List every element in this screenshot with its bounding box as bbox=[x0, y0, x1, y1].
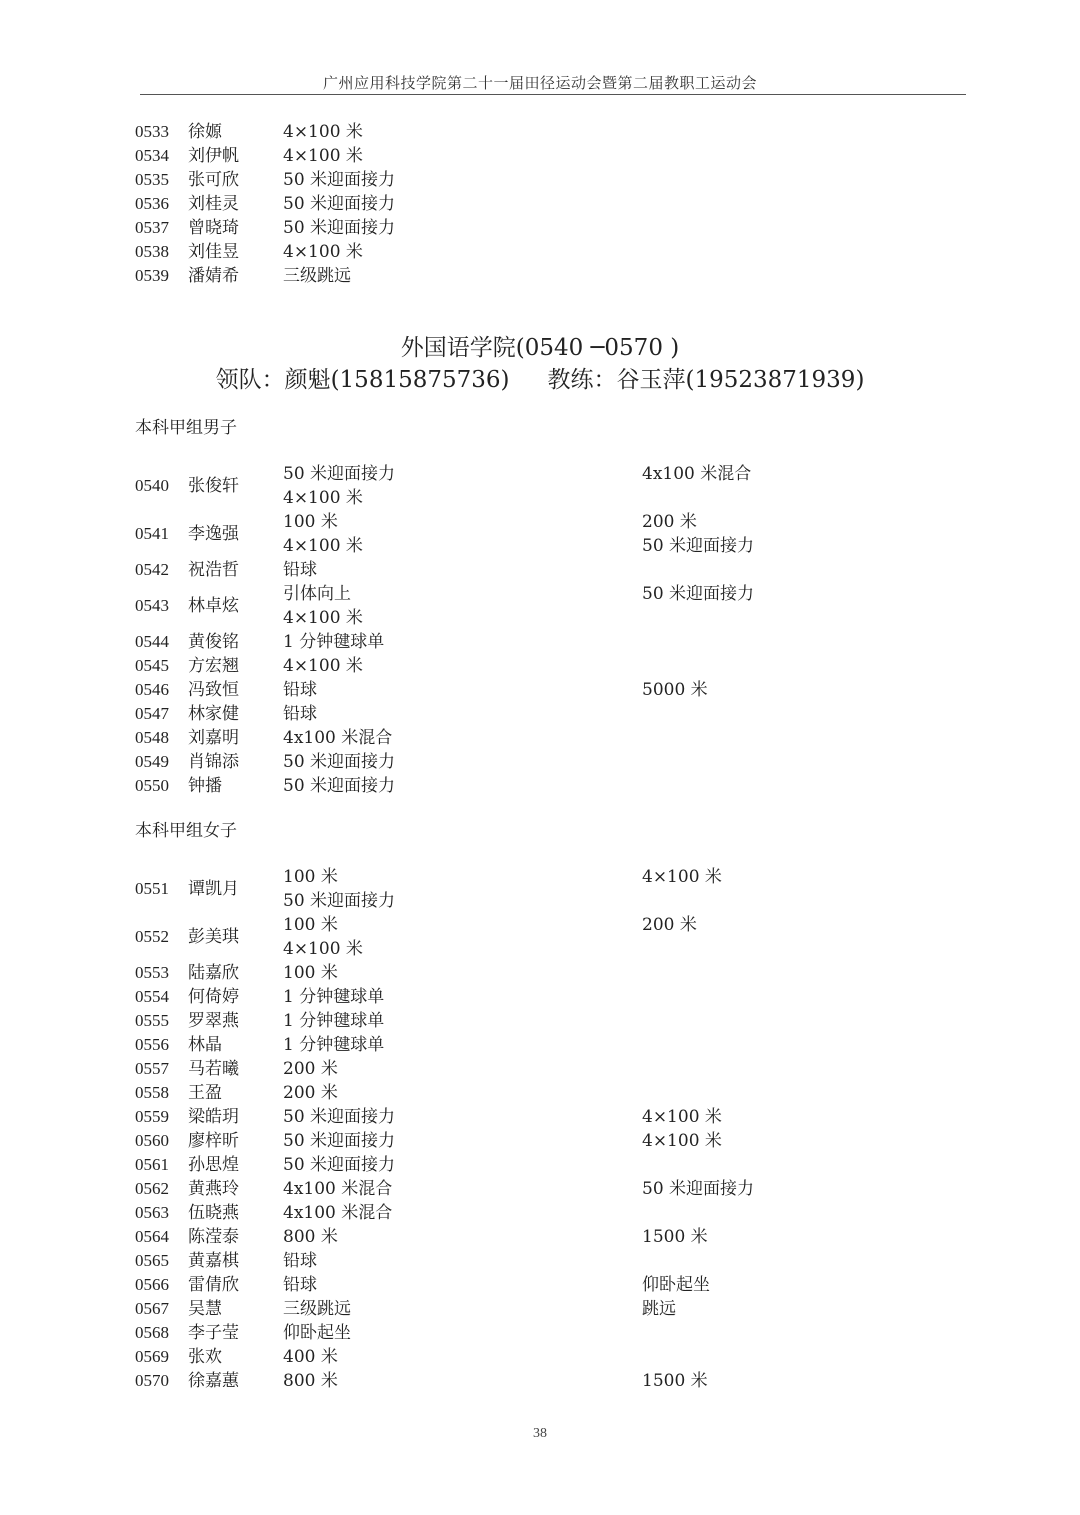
event-entry: 100 米 bbox=[283, 913, 338, 937]
athlete-number: 0559 bbox=[135, 1105, 169, 1129]
table-row: 0553陆嘉欣100 米 bbox=[0, 961, 1080, 985]
event-entry: 50 米迎面接力 bbox=[283, 462, 395, 486]
event-entry: 50 米迎面接力 bbox=[283, 1153, 395, 1177]
table-row: 0570徐嘉蕙800 米1500 米 bbox=[0, 1369, 1080, 1393]
athlete-number: 0538 bbox=[135, 240, 169, 264]
athlete-name: 刘桂灵 bbox=[188, 192, 239, 216]
athlete-name: 林晶 bbox=[188, 1033, 222, 1057]
table-row: 0541李逸强100 米4×100 米200 米50 米迎面接力 bbox=[0, 510, 1080, 558]
event-entry: 50 米迎面接力 bbox=[283, 774, 395, 798]
event-entry: 400 米 bbox=[283, 1345, 338, 1369]
event-entry: 1 分钟毽球单 bbox=[283, 985, 384, 1009]
athlete-number: 0536 bbox=[135, 192, 169, 216]
athlete-name: 彭美琪 bbox=[188, 925, 239, 949]
athlete-number: 0561 bbox=[135, 1153, 169, 1177]
athlete-name: 梁皓玥 bbox=[188, 1105, 239, 1129]
athlete-name: 罗翠燕 bbox=[188, 1009, 239, 1033]
event-entry-secondary: 50 米迎面接力 bbox=[642, 534, 754, 558]
athlete-name: 廖梓昕 bbox=[188, 1129, 239, 1153]
athlete-number: 0551 bbox=[135, 877, 169, 901]
event-entry: 4×100 米 bbox=[283, 937, 363, 961]
athlete-number: 0555 bbox=[135, 1009, 169, 1033]
table-row: 0544黄俊铭1 分钟毽球单 bbox=[0, 630, 1080, 654]
athlete-number: 0568 bbox=[135, 1321, 169, 1345]
event-entry-secondary: 跳远 bbox=[642, 1297, 676, 1321]
athlete-name: 钟播 bbox=[188, 774, 222, 798]
event-entry: 三级跳远 bbox=[283, 264, 351, 288]
group-label-men: 本科甲组男子 bbox=[135, 416, 237, 440]
header-divider bbox=[140, 94, 966, 95]
table-row: 0549肖锦添50 米迎面接力 bbox=[0, 750, 1080, 774]
leader-info: 领队：颜魁(15815875736) bbox=[216, 367, 510, 393]
table-row: 0563伍晓燕4x100 米混合 bbox=[0, 1201, 1080, 1225]
event-entry-secondary: 4x100 米混合 bbox=[642, 462, 751, 486]
athlete-number: 0553 bbox=[135, 961, 169, 985]
athlete-name: 张俊轩 bbox=[188, 474, 239, 498]
athlete-name: 黄燕玲 bbox=[188, 1177, 239, 1201]
event-entry: 仰卧起坐 bbox=[283, 1321, 351, 1345]
event-entry: 4×100 米 bbox=[283, 534, 363, 558]
event-entry: 800 米 bbox=[283, 1369, 338, 1393]
athlete-name: 马若曦 bbox=[188, 1057, 239, 1081]
athlete-number: 0563 bbox=[135, 1201, 169, 1225]
athlete-name: 吴慧 bbox=[188, 1297, 222, 1321]
table-row: 0540张俊轩50 米迎面接力4×100 米4x100 米混合 bbox=[0, 462, 1080, 510]
athlete-name: 孙思煌 bbox=[188, 1153, 239, 1177]
event-entry-secondary: 200 米 bbox=[642, 510, 697, 534]
event-entry-secondary: 4×100 米 bbox=[642, 1129, 722, 1153]
athlete-number: 0543 bbox=[135, 594, 169, 618]
athlete-number: 0533 bbox=[135, 120, 169, 144]
event-entry-secondary: 1500 米 bbox=[642, 1225, 708, 1249]
table-row: 0554何倚婷1 分钟毽球单 bbox=[0, 985, 1080, 1009]
table-row: 0560廖梓昕50 米迎面接力4×100 米 bbox=[0, 1129, 1080, 1153]
athlete-number: 0558 bbox=[135, 1081, 169, 1105]
table-row: 0534刘伊帆4×100 米 bbox=[0, 144, 1080, 168]
event-entry: 200 米 bbox=[283, 1081, 338, 1105]
event-entry-secondary: 50 米迎面接力 bbox=[642, 1177, 754, 1201]
event-entry: 800 米 bbox=[283, 1225, 338, 1249]
event-entry: 铅球 bbox=[283, 1273, 317, 1297]
athlete-number: 0557 bbox=[135, 1057, 169, 1081]
event-entry-secondary: 5000 米 bbox=[642, 678, 708, 702]
event-entry-secondary: 1500 米 bbox=[642, 1369, 708, 1393]
athlete-number: 0560 bbox=[135, 1129, 169, 1153]
table-row: 0562黄燕玲4x100 米混合50 米迎面接力 bbox=[0, 1177, 1080, 1201]
athlete-number: 0570 bbox=[135, 1369, 169, 1393]
athlete-name: 何倚婷 bbox=[188, 985, 239, 1009]
athlete-name: 陆嘉欣 bbox=[188, 961, 239, 985]
table-row: 0567吴慧三级跳远跳远 bbox=[0, 1297, 1080, 1321]
athlete-name: 张欢 bbox=[188, 1345, 222, 1369]
athlete-number: 0569 bbox=[135, 1345, 169, 1369]
event-entry: 100 米 bbox=[283, 961, 338, 985]
event-entry-secondary: 4×100 米 bbox=[642, 1105, 722, 1129]
event-entry: 4×100 米 bbox=[283, 240, 363, 264]
event-entry: 4x100 米混合 bbox=[283, 726, 392, 750]
athlete-number: 0552 bbox=[135, 925, 169, 949]
table-row: 0538刘佳昱4×100 米 bbox=[0, 240, 1080, 264]
table-row: 0550钟播50 米迎面接力 bbox=[0, 774, 1080, 798]
table-row: 0551谭凯月100 米50 米迎面接力4×100 米 bbox=[0, 865, 1080, 913]
event-entry: 50 米迎面接力 bbox=[283, 1129, 395, 1153]
table-row: 0545方宏翘4×100 米 bbox=[0, 654, 1080, 678]
event-entry-secondary: 200 米 bbox=[642, 913, 697, 937]
table-row: 0536刘桂灵50 米迎面接力 bbox=[0, 192, 1080, 216]
event-entry: 1 分钟毽球单 bbox=[283, 630, 384, 654]
athlete-number: 0548 bbox=[135, 726, 169, 750]
event-entry: 铅球 bbox=[283, 558, 317, 582]
table-row: 0558王盈200 米 bbox=[0, 1081, 1080, 1105]
table-row: 0568李子莹仰卧起坐 bbox=[0, 1321, 1080, 1345]
coach-info: 教练：谷玉萍(19523871939) bbox=[548, 367, 865, 393]
athlete-name: 徐嫄 bbox=[188, 120, 222, 144]
group-label-women: 本科甲组女子 bbox=[135, 819, 237, 843]
table-row: 0533徐嫄4×100 米 bbox=[0, 120, 1080, 144]
athlete-number: 0544 bbox=[135, 630, 169, 654]
athlete-number: 0554 bbox=[135, 985, 169, 1009]
athlete-name: 刘佳昱 bbox=[188, 240, 239, 264]
event-entry: 4×100 米 bbox=[283, 654, 363, 678]
athlete-number: 0540 bbox=[135, 474, 169, 498]
table-row: 0542祝浩哲铅球 bbox=[0, 558, 1080, 582]
athlete-name: 张可欣 bbox=[188, 168, 239, 192]
athlete-name: 陈滢泰 bbox=[188, 1225, 239, 1249]
athlete-name: 林卓炫 bbox=[188, 594, 239, 618]
table-row: 0543林卓炫引体向上4×100 米50 米迎面接力 bbox=[0, 582, 1080, 630]
event-entry: 铅球 bbox=[283, 702, 317, 726]
athlete-number: 0535 bbox=[135, 168, 169, 192]
athlete-name: 曾晓琦 bbox=[188, 216, 239, 240]
athlete-number: 0542 bbox=[135, 558, 169, 582]
athlete-name: 王盈 bbox=[188, 1081, 222, 1105]
athlete-name: 方宏翘 bbox=[188, 654, 239, 678]
event-entry: 4x100 米混合 bbox=[283, 1201, 392, 1225]
athlete-number: 0547 bbox=[135, 702, 169, 726]
table-row: 0535张可欣50 米迎面接力 bbox=[0, 168, 1080, 192]
athlete-name: 潘婧希 bbox=[188, 264, 239, 288]
athlete-name: 李子莹 bbox=[188, 1321, 239, 1345]
athlete-number: 0546 bbox=[135, 678, 169, 702]
athlete-name: 黄俊铭 bbox=[188, 630, 239, 654]
athlete-name: 冯致恒 bbox=[188, 678, 239, 702]
table-row: 0564陈滢泰800 米1500 米 bbox=[0, 1225, 1080, 1249]
page-number: 38 bbox=[0, 1426, 1080, 1442]
athlete-number: 0545 bbox=[135, 654, 169, 678]
event-entry-secondary: 50 米迎面接力 bbox=[642, 582, 754, 606]
athlete-name: 刘嘉明 bbox=[188, 726, 239, 750]
table-row: 0552彭美琪100 米4×100 米200 米 bbox=[0, 913, 1080, 961]
event-entry-secondary: 仰卧起坐 bbox=[642, 1273, 710, 1297]
event-entry: 1 分钟毽球单 bbox=[283, 1009, 384, 1033]
event-entry: 铅球 bbox=[283, 1249, 317, 1273]
athlete-name: 伍晓燕 bbox=[188, 1201, 239, 1225]
table-row: 0565黄嘉棋铅球 bbox=[0, 1249, 1080, 1273]
event-entry: 200 米 bbox=[283, 1057, 338, 1081]
athlete-name: 李逸强 bbox=[188, 522, 239, 546]
event-entry: 50 米迎面接力 bbox=[283, 889, 395, 913]
athlete-number: 0562 bbox=[135, 1177, 169, 1201]
athlete-number: 0549 bbox=[135, 750, 169, 774]
table-row: 0547林家健铅球 bbox=[0, 702, 1080, 726]
athlete-number: 0566 bbox=[135, 1273, 169, 1297]
section-title: 外国语学院(0540 ─0570 ) bbox=[0, 333, 1080, 363]
table-row: 0569张欢400 米 bbox=[0, 1345, 1080, 1369]
athlete-name: 刘伊帆 bbox=[188, 144, 239, 168]
event-entry: 4×100 米 bbox=[283, 120, 363, 144]
event-entry: 50 米迎面接力 bbox=[283, 750, 395, 774]
table-row: 0548刘嘉明4x100 米混合 bbox=[0, 726, 1080, 750]
athlete-number: 0541 bbox=[135, 522, 169, 546]
event-entry: 4×100 米 bbox=[283, 606, 363, 630]
table-row: 0561孙思煌50 米迎面接力 bbox=[0, 1153, 1080, 1177]
section-staff: 领队：颜魁(15815875736)教练：谷玉萍(19523871939) bbox=[0, 365, 1080, 395]
athlete-name: 林家健 bbox=[188, 702, 239, 726]
athlete-number: 0564 bbox=[135, 1225, 169, 1249]
table-row: 0539潘婧希三级跳远 bbox=[0, 264, 1080, 288]
event-entry: 50 米迎面接力 bbox=[283, 216, 395, 240]
event-entry: 引体向上 bbox=[283, 582, 351, 606]
athlete-name: 徐嘉蕙 bbox=[188, 1369, 239, 1393]
event-entry: 4×100 米 bbox=[283, 144, 363, 168]
event-entry: 100 米 bbox=[283, 865, 338, 889]
athlete-name: 黄嘉棋 bbox=[188, 1249, 239, 1273]
table-row: 0546冯致恒铅球5000 米 bbox=[0, 678, 1080, 702]
event-entry: 100 米 bbox=[283, 510, 338, 534]
event-entry: 三级跳远 bbox=[283, 1297, 351, 1321]
table-row: 0559梁皓玥50 米迎面接力4×100 米 bbox=[0, 1105, 1080, 1129]
athlete-name: 谭凯月 bbox=[188, 877, 239, 901]
event-entry: 50 米迎面接力 bbox=[283, 1105, 395, 1129]
athlete-name: 肖锦添 bbox=[188, 750, 239, 774]
event-entry: 铅球 bbox=[283, 678, 317, 702]
table-row: 0566雷倩欣铅球仰卧起坐 bbox=[0, 1273, 1080, 1297]
athlete-number: 0537 bbox=[135, 216, 169, 240]
table-row: 0557马若曦200 米 bbox=[0, 1057, 1080, 1081]
table-row: 0537曾晓琦50 米迎面接力 bbox=[0, 216, 1080, 240]
athlete-name: 祝浩哲 bbox=[188, 558, 239, 582]
athlete-number: 0565 bbox=[135, 1249, 169, 1273]
athlete-number: 0534 bbox=[135, 144, 169, 168]
event-entry-secondary: 4×100 米 bbox=[642, 865, 722, 889]
event-entry: 50 米迎面接力 bbox=[283, 192, 395, 216]
event-entry: 50 米迎面接力 bbox=[283, 168, 395, 192]
athlete-number: 0539 bbox=[135, 264, 169, 288]
athlete-number: 0550 bbox=[135, 774, 169, 798]
event-entry: 1 分钟毽球单 bbox=[283, 1033, 384, 1057]
athlete-name: 雷倩欣 bbox=[188, 1273, 239, 1297]
athlete-number: 0556 bbox=[135, 1033, 169, 1057]
table-row: 0555罗翠燕1 分钟毽球单 bbox=[0, 1009, 1080, 1033]
event-entry: 4x100 米混合 bbox=[283, 1177, 392, 1201]
event-entry: 4×100 米 bbox=[283, 486, 363, 510]
table-row: 0556林晶1 分钟毽球单 bbox=[0, 1033, 1080, 1057]
athlete-number: 0567 bbox=[135, 1297, 169, 1321]
document-header: 广州应用科技学院第二十一届田径运动会暨第二届教职工运动会 bbox=[0, 72, 1080, 93]
